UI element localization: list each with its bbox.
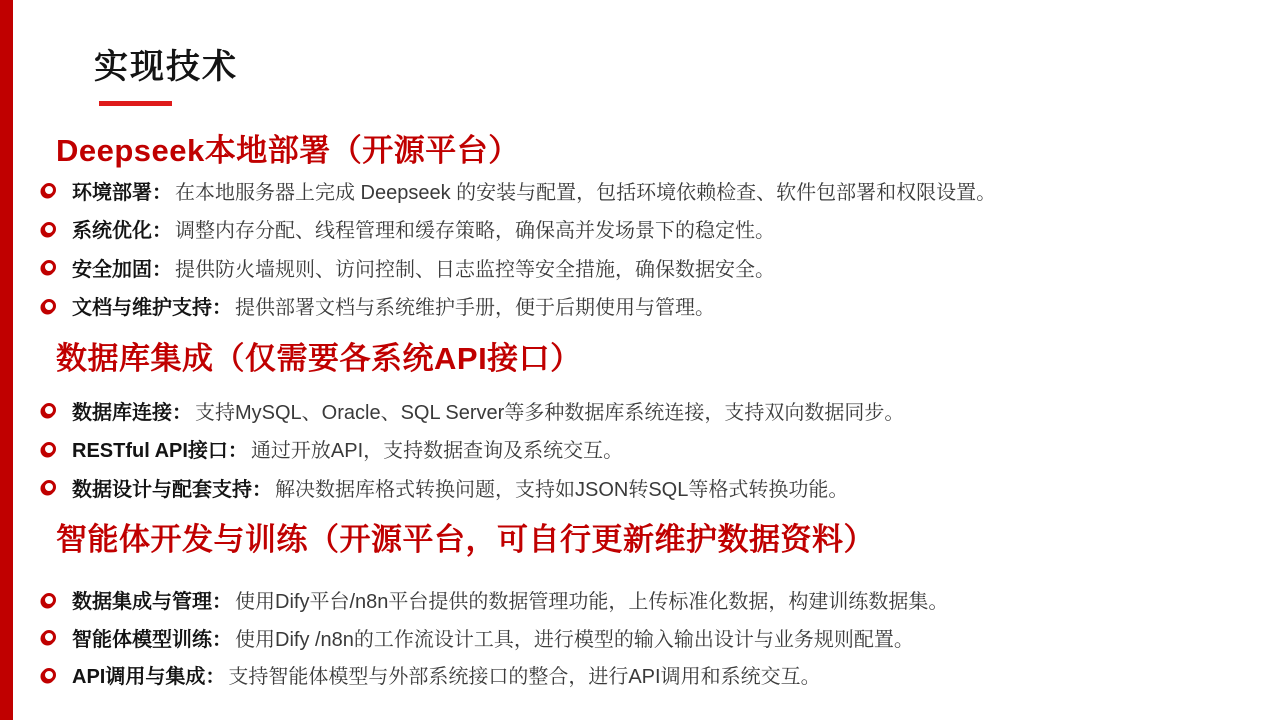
bullet-item: 安全加固： 提供防火墙规则、访问控制、日志监控等安全措施，确保数据安全。 <box>42 248 996 287</box>
bullet-list-database-integration: 数据库连接： 支持MySQL、Oracle、SQL Server等多种数据库系统… <box>42 391 904 507</box>
page-title: 实现技术 <box>94 46 238 88</box>
bullet-text: 提供部署文档与系统维护手册，便于后期使用与管理。 <box>235 291 715 320</box>
circle-bullet-icon <box>42 222 56 236</box>
circle-bullet-icon <box>42 299 56 313</box>
bullet-item: 系统优化： 调整内存分配、线程管理和缓存策略，确保高并发场景下的稳定性。 <box>42 210 996 249</box>
section-heading-agent-development: 智能体开发与训练（开源平台，可自行更新维护数据资料） <box>56 521 875 559</box>
bullet-text: 通过开放API，支持数据查询及系统交互。 <box>251 434 623 463</box>
title-underline <box>99 101 172 106</box>
bullet-label: RESTful API接口： <box>72 434 248 463</box>
circle-bullet-icon <box>42 630 56 644</box>
bullet-label: 数据库连接： <box>72 396 192 425</box>
circle-bullet-icon <box>42 442 56 456</box>
section-heading-deepseek-deployment: Deepseek本地部署（开源平台） <box>56 132 520 170</box>
bullet-item: 数据集成与管理： 使用Dify平台/n8n平台提供的数据管理功能，上传标准化数据… <box>42 581 948 619</box>
circle-bullet-icon <box>42 593 56 607</box>
bullet-list-agent-development: 数据集成与管理： 使用Dify平台/n8n平台提供的数据管理功能，上传标准化数据… <box>42 581 948 694</box>
left-accent-bar <box>0 0 13 720</box>
bullet-label: 文档与维护支持： <box>72 291 232 320</box>
bullet-label: 安全加固： <box>72 253 172 282</box>
bullet-item: 文档与维护支持： 提供部署文档与系统维护手册，便于后期使用与管理。 <box>42 287 996 326</box>
bullet-item: 环境部署： 在本地服务器上完成 Deepseek 的安装与配置，包括环境依赖检查… <box>42 171 996 210</box>
bullet-label: 数据集成与管理： <box>72 585 232 614</box>
bullet-item: RESTful API接口： 通过开放API，支持数据查询及系统交互。 <box>42 430 904 469</box>
bullet-text: 提供防火墙规则、访问控制、日志监控等安全措施，确保数据安全。 <box>175 253 775 282</box>
circle-bullet-icon <box>42 668 56 682</box>
slide-canvas: 实现技术 Deepseek本地部署（开源平台） 环境部署： 在本地服务器上完成 … <box>0 0 1280 720</box>
bullet-text: 支持MySQL、Oracle、SQL Server等多种数据库系统连接，支持双向… <box>195 396 904 425</box>
bullet-list-deepseek-deployment: 环境部署： 在本地服务器上完成 Deepseek 的安装与配置，包括环境依赖检查… <box>42 171 996 325</box>
circle-bullet-icon <box>42 403 56 417</box>
bullet-item: 数据设计与配套支持： 解决数据库格式转换问题，支持如JSON转SQL等格式转换功… <box>42 468 904 507</box>
bullet-text: 调整内存分配、线程管理和缓存策略，确保高并发场景下的稳定性。 <box>175 214 775 243</box>
bullet-text: 在本地服务器上完成 Deepseek 的安装与配置，包括环境依赖检查、软件包部署… <box>175 176 996 205</box>
section-heading-database-integration: 数据库集成（仅需要各系统API接口） <box>56 340 582 378</box>
bullet-item: API调用与集成： 支持智能体模型与外部系统接口的整合，进行API调用和系统交互… <box>42 656 948 694</box>
bullet-item: 智能体模型训练： 使用Dify /n8n的工作流设计工具，进行模型的输入输出设计… <box>42 619 948 657</box>
bullet-text: 解决数据库格式转换问题，支持如JSON转SQL等格式转换功能。 <box>275 473 848 502</box>
circle-bullet-icon <box>42 260 56 274</box>
bullet-text: 使用Dify平台/n8n平台提供的数据管理功能，上传标准化数据，构建训练数据集。 <box>235 585 948 614</box>
bullet-label: 智能体模型训练： <box>72 623 232 652</box>
bullet-text: 支持智能体模型与外部系统接口的整合，进行API调用和系统交互。 <box>228 660 820 689</box>
circle-bullet-icon <box>42 480 56 494</box>
bullet-label: 系统优化： <box>72 214 172 243</box>
bullet-item: 数据库连接： 支持MySQL、Oracle、SQL Server等多种数据库系统… <box>42 391 904 430</box>
bullet-text: 使用Dify /n8n的工作流设计工具，进行模型的输入输出设计与业务规则配置。 <box>235 623 914 652</box>
bullet-label: 环境部署： <box>72 176 172 205</box>
bullet-label: 数据设计与配套支持： <box>72 473 272 502</box>
bullet-label: API调用与集成： <box>72 660 225 689</box>
circle-bullet-icon <box>42 183 56 197</box>
